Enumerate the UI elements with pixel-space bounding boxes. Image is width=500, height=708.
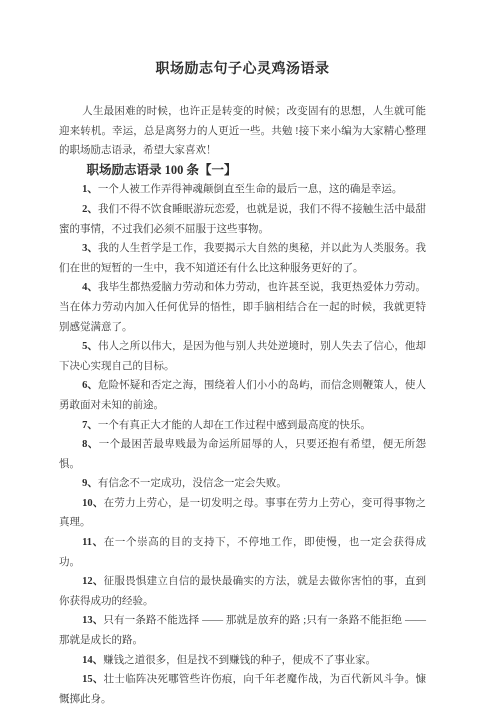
quote-number: 13、 xyxy=(82,615,103,626)
quote-item: 15、壮士临阵决死哪管些许伤痕，向千年老魔作战，为百代新风斗争。慷慨掷此身。 xyxy=(59,670,426,708)
quote-item: 13、只有一条路不能选择 —— 那就是放弃的路 ;只有一条路不能拒绝 —— 那就… xyxy=(59,611,426,650)
quote-item: 14、赚钱之道很多，但是找不到赚钱的种子，便成不了事业家。 xyxy=(59,651,426,671)
quote-item: 4、我毕生都热爱脑力劳动和体力劳动，也许甚至说，我更热爱体力劳动。当在体力劳动内… xyxy=(59,278,426,337)
quote-text: 赚钱之道很多，但是找不到赚钱的种子，便成不了事业家。 xyxy=(103,655,376,666)
quote-text: 一个有真正大才能的人却在工作过程中感到最高度的快乐。 xyxy=(98,420,371,431)
section-heading: 职场励志语录 100 条【一】 xyxy=(59,161,426,181)
quote-text: 在一个崇高的目的支持下，不停地工作，即使慢，也一定会获得成功。 xyxy=(59,537,426,568)
quote-item: 1、一个人被工作弄得神魂颠倒直至生命的最后一息，这的确是幸运。 xyxy=(59,180,426,200)
quote-item: 12、征服畏惧建立自信的最快最确实的方法，就是去做你害怕的事，直到你获得成功的经… xyxy=(59,572,426,611)
quote-number: 11、 xyxy=(82,537,104,548)
quote-item: 5、伟人之所以伟大，是因为他与别人共处逆境时，别人失去了信心，他却下决心实现自己… xyxy=(59,337,426,376)
quote-number: 3、 xyxy=(82,243,98,254)
quote-text: 我毕生都热爱脑力劳动和体力劳动，也许甚至说，我更热爱体力劳动。当在体力劳动内加入… xyxy=(59,282,426,332)
quote-item: 8、一个最困苦最卑贱最为命运所屈辱的人，只要还抱有希望，便无所怨惧。 xyxy=(59,435,426,474)
quote-text: 伟人之所以伟大，是因为他与别人共处逆境时，别人失去了信心，他却下决心实现自己的目… xyxy=(59,341,426,372)
quote-item: 6、危险怀疑和否定之海，围绕着人们小小的岛屿，而信念则鞭策人，使人勇敢面对未知的… xyxy=(59,376,426,415)
quote-text: 我们不得不饮食睡眠游玩恋爱，也就是说，我们不得不接触生活中最甜蜜的事情，不过我们… xyxy=(59,204,426,235)
quote-number: 12、 xyxy=(82,576,104,587)
quote-text: 一个最困苦最卑贱最为命运所屈辱的人，只要还抱有希望，便无所怨惧。 xyxy=(59,439,426,470)
quote-number: 14、 xyxy=(82,655,103,666)
quote-text: 一个人被工作弄得神魂颠倒直至生命的最后一息，这的确是幸运。 xyxy=(98,184,403,195)
quote-text: 壮士临阵决死哪管些许伤痕，向千年老魔作战，为百代新风斗争。慷慨掷此身。 xyxy=(59,674,426,705)
quote-number: 7、 xyxy=(82,420,98,431)
quote-item: 2、我们不得不饮食睡眠游玩恋爱，也就是说，我们不得不接触生活中最甜蜜的事情，不过… xyxy=(59,200,426,239)
intro-paragraph: 人生最困难的时候，也许正是转变的时候；改变固有的思想，人生就可能迎来转机。幸运，… xyxy=(59,102,426,161)
quote-number: 1、 xyxy=(82,184,98,195)
quote-item: 7、一个有真正大才能的人却在工作过程中感到最高度的快乐。 xyxy=(59,416,426,436)
quote-item: 10、在劳力上劳心，是一切发明之母。事事在劳力上劳心，变可得事物之真理。 xyxy=(59,494,426,533)
quote-number: 5、 xyxy=(82,341,98,352)
quote-number: 2、 xyxy=(82,204,98,215)
quote-number: 8、 xyxy=(82,439,99,450)
quote-text: 征服畏惧建立自信的最快最确实的方法，就是去做你害怕的事，直到你获得成功的经验。 xyxy=(59,576,426,607)
document-page: 职场励志句子心灵鸡汤语录 人生最困难的时候，也许正是转变的时候；改变固有的思想，… xyxy=(0,0,500,708)
document-title: 职场励志句子心灵鸡汤语录 xyxy=(59,58,426,78)
quote-number: 4、 xyxy=(82,282,98,293)
quote-item: 11、在一个崇高的目的支持下，不停地工作，即使慢，也一定会获得成功。 xyxy=(59,533,426,572)
quote-item: 3、我的人生哲学是工作，我要揭示大自然的奥秘，并以此为人类服务。我们在世的短暂的… xyxy=(59,239,426,278)
document-body: 人生最困难的时候，也许正是转变的时候；改变固有的思想，人生就可能迎来转机。幸运，… xyxy=(59,102,426,708)
quote-number: 10、 xyxy=(82,498,104,509)
quote-number: 6、 xyxy=(82,380,98,391)
quote-text: 有信念不一定成功，没信念一定会失败。 xyxy=(98,478,287,489)
quote-text: 只有一条路不能选择 —— 那就是放弃的路 ;只有一条路不能拒绝 —— 那就是成长… xyxy=(59,615,426,646)
quote-number: 15、 xyxy=(82,674,104,685)
quote-number: 9、 xyxy=(82,478,98,489)
quote-text: 在劳力上劳心，是一切发明之母。事事在劳力上劳心，变可得事物之真理。 xyxy=(59,498,426,529)
quote-text: 我的人生哲学是工作，我要揭示大自然的奥秘，并以此为人类服务。我们在世的短暂的一生… xyxy=(59,243,426,274)
quote-text: 危险怀疑和否定之海，围绕着人们小小的岛屿，而信念则鞭策人，使人勇敢面对未知的前途… xyxy=(59,380,426,411)
quote-item: 9、有信念不一定成功，没信念一定会失败。 xyxy=(59,474,426,494)
